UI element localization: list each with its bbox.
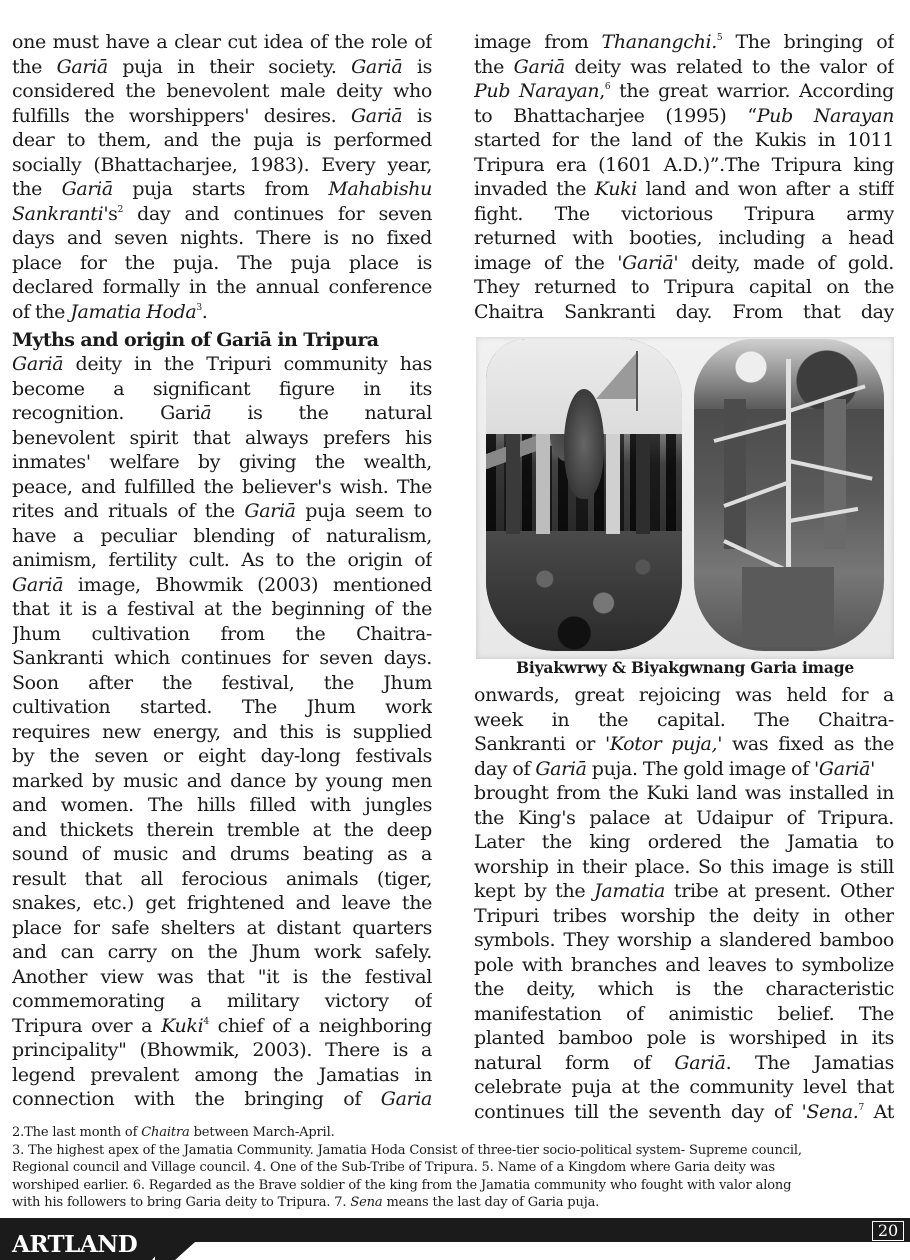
figure-caption: Biyakwrwy & Biyakgwnang Garia image bbox=[476, 659, 894, 677]
text-line: the Gariā puja in their society. Gariā i… bbox=[12, 55, 432, 80]
italic-term: Pub Narayan bbox=[474, 80, 599, 102]
cloth-strip bbox=[724, 399, 746, 549]
flag-pole bbox=[636, 351, 638, 411]
text-line: result that all ferocious animals (tiger… bbox=[12, 867, 432, 892]
text-line: the Gariā puja starts from Mahabishu bbox=[12, 177, 432, 202]
text-line: to Bhattacharjee (1995) “Pub Narayan bbox=[474, 104, 894, 129]
text-line: place for the puja. The puja place is bbox=[12, 251, 432, 276]
footnote-marker: 4 bbox=[203, 1017, 208, 1027]
text-line: place for safe shelters at distant quart… bbox=[12, 916, 432, 941]
biyakwrwy-photo bbox=[486, 339, 682, 651]
text-line: Tripura era (1601 A.D.)”.The Tripura kin… bbox=[474, 153, 894, 178]
text-line: by the seven or eight day-long festivals bbox=[12, 744, 432, 769]
right-upper-paragraph: image from Thanangchi.5 The bringing oft… bbox=[474, 30, 894, 324]
footnote-line: with his followers to bring Garia deity … bbox=[12, 1194, 902, 1212]
text-line: day of Gariā puja. The gold image of 'Ga… bbox=[474, 757, 894, 782]
text-line: and thickets therein tremble at the deep bbox=[12, 818, 432, 843]
text-line: inmates' welfare by giving the wealth, bbox=[12, 450, 432, 475]
text-line: principality" (Bhowmik, 2003). There is … bbox=[12, 1038, 432, 1063]
text-line: socially (Bhattacharjee, 1983). Every ye… bbox=[12, 153, 432, 178]
left-column: one must have a clear cut idea of the ro… bbox=[12, 30, 432, 1112]
text-line: sound of music and drums beating as a bbox=[12, 842, 432, 867]
italic-term: Thanangchi. bbox=[602, 31, 717, 53]
text-line: celebrate puja at the community level th… bbox=[474, 1075, 894, 1100]
garia-photo-figure bbox=[476, 337, 894, 659]
footnote-marker: 7 bbox=[858, 1103, 863, 1113]
text-line: image of the 'Gariā' deity, made of gold… bbox=[474, 251, 894, 276]
text-line: symbols. They worship a slandered bamboo bbox=[474, 928, 894, 953]
text-line: fight. The victorious Tripura army bbox=[474, 202, 894, 227]
text-line: and women. The hills filled with jungles bbox=[12, 793, 432, 818]
text-line: planted bamboo pole is worshiped in its bbox=[474, 1026, 894, 1051]
text-line: Tripuri tribes worship the deity in othe… bbox=[474, 904, 894, 929]
text-line: kept by the Jamatia tribe at present. Ot… bbox=[474, 879, 894, 904]
text-line: declared formally in the annual conferen… bbox=[12, 275, 432, 300]
text-line: Sankranti which continues for seven days… bbox=[12, 646, 432, 671]
cloth-strip bbox=[636, 434, 650, 534]
text-line: cultivation started. The Jhum work bbox=[12, 695, 432, 720]
cloth-strip bbox=[506, 434, 520, 534]
text-line: Gariā image, Bhowmik (2003) mentioned bbox=[12, 573, 432, 598]
italic-term: Sena bbox=[350, 1195, 382, 1210]
right-column-upper: image from Thanangchi.5 The bringing oft… bbox=[474, 30, 894, 324]
footnote-line: 2.The last month of Chaitra between Marc… bbox=[12, 1124, 902, 1142]
italic-term: Gariā' bbox=[622, 252, 678, 274]
text-line: rites and rituals of the Gariā puja seem… bbox=[12, 499, 432, 524]
italic-term: Gariā bbox=[674, 1052, 725, 1074]
footnote-marker: 2 bbox=[118, 205, 123, 215]
text-line: legend prevalent among the Jamatias in bbox=[12, 1063, 432, 1088]
text-line: days and seven nights. There is no fixed bbox=[12, 226, 432, 251]
text-line: worship in their place. So this image is… bbox=[474, 855, 894, 880]
biyakgwnang-photo bbox=[694, 339, 884, 651]
italic-term: Gariā bbox=[535, 758, 586, 780]
text-line: that it is a festival at the beginning o… bbox=[12, 597, 432, 622]
text-line: of the Jamatia Hoda3. bbox=[12, 300, 432, 325]
italic-term: ā bbox=[200, 402, 211, 424]
footnote-line: 3. The highest apex of the Jamatia Commu… bbox=[12, 1142, 902, 1160]
italic-term: Gariā bbox=[351, 56, 402, 78]
italic-term: Gariā bbox=[57, 56, 108, 78]
text-line: week in the capital. The Chaitra- bbox=[474, 708, 894, 733]
italic-term: Gariā bbox=[244, 500, 295, 522]
footer-brand-tab-slant bbox=[155, 1218, 195, 1260]
footnote-line: worshiped earlier. 6. Regarded as the Br… bbox=[12, 1177, 902, 1195]
text-line: Gariā deity in the Tripuri community has bbox=[12, 352, 432, 377]
magazine-brand: ARTLAND bbox=[12, 1232, 137, 1258]
text-line: pole with branches and leaves to symboli… bbox=[474, 953, 894, 978]
text-line: dear to them, and the puja is performed bbox=[12, 128, 432, 153]
text-line: the deity, which is the characteristic bbox=[474, 977, 894, 1002]
italic-term: Jamatia Hoda bbox=[70, 301, 196, 323]
text-line: benevolent spirit that always prefers hi… bbox=[12, 426, 432, 451]
italic-term: Mahabishu bbox=[328, 178, 432, 200]
text-line: Sankranti's2 day and continues for seven bbox=[12, 202, 432, 227]
right-column-lower: onwards, great rejoicing was held for aw… bbox=[474, 683, 894, 1124]
text-line: Pub Narayan,6 the great warrior. Accordi… bbox=[474, 79, 894, 104]
italic-term: Kuki bbox=[161, 1015, 203, 1037]
cloth-strip bbox=[536, 434, 550, 534]
italic-term: Pub Narayan bbox=[757, 105, 894, 127]
footnotes: 2.The last month of Chaitra between Marc… bbox=[12, 1124, 902, 1212]
text-line: considered the benevolent male deity who bbox=[12, 79, 432, 104]
bamboo-pole bbox=[786, 359, 791, 589]
magazine-page: one must have a clear cut idea of the ro… bbox=[0, 0, 910, 1260]
italic-term: Chaitra bbox=[141, 1125, 189, 1140]
text-line: connection with the bringing of Garia bbox=[12, 1087, 432, 1112]
text-line: started for the land of the Kukis in 101… bbox=[474, 128, 894, 153]
text-line: requires new energy, and this is supplie… bbox=[12, 720, 432, 745]
text-line: Soon after the festival, the Jhum bbox=[12, 671, 432, 696]
intro-paragraph: one must have a clear cut idea of the ro… bbox=[12, 30, 432, 324]
text-line: They returned to Tripura capital on the bbox=[474, 275, 894, 300]
body-paragraph: Gariā deity in the Tripuri community has… bbox=[12, 352, 432, 1112]
page-number: 20 bbox=[872, 1221, 904, 1241]
text-line: have a peculiar blending of naturalism, bbox=[12, 524, 432, 549]
text-line: Later the king ordered the Jamatia to bbox=[474, 830, 894, 855]
italic-term: Jamatia bbox=[594, 880, 665, 902]
italic-term: Gariā bbox=[62, 178, 113, 200]
italic-term: Kotor puja,' bbox=[610, 733, 722, 755]
italic-term: Gariā bbox=[514, 56, 565, 78]
text-line: invaded the Kuki land and won after a st… bbox=[474, 177, 894, 202]
text-line: Tripura over a Kuki4 chief of a neighbor… bbox=[12, 1014, 432, 1039]
text-line: Another view was that "it is the festiva… bbox=[12, 965, 432, 990]
text-line: fulfills the worshippers' desires. Gariā… bbox=[12, 104, 432, 129]
right-lower-paragraph: onwards, great rejoicing was held for aw… bbox=[474, 683, 894, 1124]
garland-shape bbox=[564, 389, 604, 499]
text-line: the King's palace at Udaipur of Tripura. bbox=[474, 806, 894, 831]
italic-term: Sena. bbox=[806, 1101, 858, 1123]
section-heading: Myths and origin of Gariā in Tripura bbox=[12, 328, 432, 352]
italic-term: Gariā bbox=[12, 353, 63, 375]
text-line: Chaitra Sankranti day. From that day bbox=[474, 300, 894, 325]
altar-base bbox=[742, 567, 834, 647]
text-line: onwards, great rejoicing was held for a bbox=[474, 683, 894, 708]
footnote-marker: 3 bbox=[196, 303, 201, 313]
text-line: commemorating a military victory of bbox=[12, 989, 432, 1014]
footnote-marker: 6 bbox=[605, 82, 610, 92]
italic-term: Sankranti bbox=[12, 203, 103, 225]
footnote-line: Regional council and Village council. 4.… bbox=[12, 1159, 902, 1177]
text-line: snakes, etc.) get frightened and leave t… bbox=[12, 891, 432, 916]
text-line: Jhum cultivation from the Chaitra- bbox=[12, 622, 432, 647]
text-line: manifestation of animistic belief. The bbox=[474, 1002, 894, 1027]
text-line: recognition. Gariā is the natural bbox=[12, 401, 432, 426]
text-line: marked by music and dance by young men bbox=[12, 769, 432, 794]
text-line: natural form of Gariā. The Jamatias bbox=[474, 1051, 894, 1076]
text-line: become a significant figure in its bbox=[12, 377, 432, 402]
text-line: image from Thanangchi.5 The bringing of bbox=[474, 30, 894, 55]
italic-term: Gariā bbox=[351, 105, 402, 127]
italic-term: Garia bbox=[381, 1088, 432, 1110]
text-line: returned with booties, including a head bbox=[474, 226, 894, 251]
text-line: brought from the Kuki land was installed… bbox=[474, 781, 894, 806]
text-line: Sankranti or 'Kotor puja,' was fixed as … bbox=[474, 732, 894, 757]
footnote-marker: 5 bbox=[717, 33, 722, 43]
text-line: one must have a clear cut idea of the ro… bbox=[12, 30, 432, 55]
text-line: and can carry on the Jhum work safely. bbox=[12, 940, 432, 965]
italic-term: Kuki bbox=[595, 178, 637, 200]
cloth-strip bbox=[606, 434, 620, 534]
italic-term: Gariā bbox=[819, 758, 870, 780]
text-line: continues till the seventh day of 'Sena.… bbox=[474, 1100, 894, 1125]
text-line: animism, fertility cult. As to the origi… bbox=[12, 548, 432, 573]
text-line: the Gariā deity was related to the valor… bbox=[474, 55, 894, 80]
flag-shape bbox=[596, 351, 638, 399]
italic-term: Gariā bbox=[12, 574, 63, 596]
text-line: peace, and fulfilled the believer's wish… bbox=[12, 475, 432, 500]
